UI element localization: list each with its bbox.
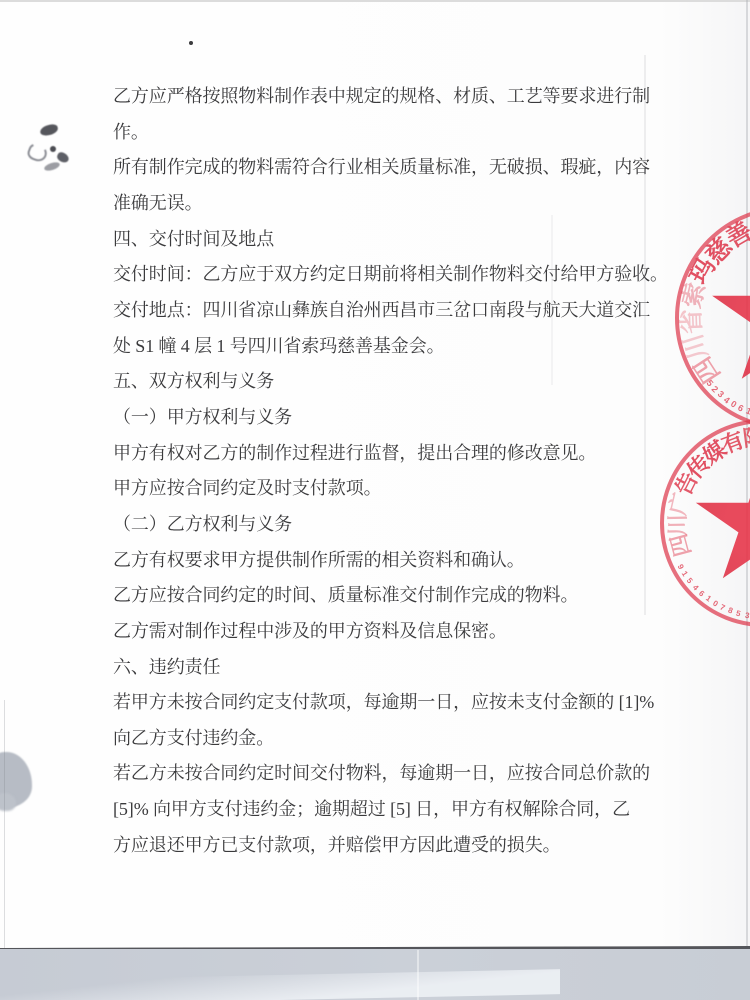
text-line: 甲方有权对乙方的制作过程进行监督，提出合理的修改意见。 xyxy=(113,436,698,472)
text-line: 交付地点：四川省凉山彝族自治州西昌市三岔口南段与航天大道交汇 xyxy=(113,293,698,329)
scan-crease xyxy=(551,215,553,385)
text-line: [5]% 向甲方支付违约金；逾期超过 [5] 日，甲方有权解除合同，乙 xyxy=(113,792,698,828)
left-edge-shadow xyxy=(4,700,5,949)
text-line: 方应退还甲方已支付款项，并赔偿甲方因此遭受的损失。 xyxy=(113,828,698,864)
text-line: 处 S1 幢 4 层 1 号四川省索玛慈善基金会。 xyxy=(113,329,698,365)
scan-crease xyxy=(644,55,646,615)
text-line: 乙方有权要求甲方提供制作所需的相关资料和确认。 xyxy=(113,543,698,579)
seal-ring-char: 省 xyxy=(679,308,705,334)
text-line: 准确无误。 xyxy=(113,186,698,222)
text-line: 交付时间：乙方应于双方约定日期前将相关制作物料交付给甲方验收。 xyxy=(113,257,698,293)
contract-text: 乙方应严格按照物料制作表中规定的规格、材质、工艺等要求进行制作。所有制作完成的物… xyxy=(113,79,698,863)
text-line: 作。 xyxy=(113,115,698,151)
text-line: 乙方应按合同约定的时间、质量标准交付制作完成的物料。 xyxy=(113,578,698,614)
text-line: 五、双方权利与义务 xyxy=(113,364,698,400)
ink-dot xyxy=(189,41,193,45)
seal-serial-digit: 3 xyxy=(744,611,750,620)
text-line: 四、交付时间及地点 xyxy=(113,222,698,258)
text-line: 乙方需对制作过程中涉及的甲方资料及信息保密。 xyxy=(113,614,698,650)
text-line: 乙方应严格按照物料制作表中规定的规格、材质、工艺等要求进行制 xyxy=(113,79,698,115)
text-line: （二）乙方权利与义务 xyxy=(113,507,698,543)
scanner-bed-line xyxy=(417,950,419,1000)
text-line: 若乙方未按合同约定时间交付物料，每逾期一日，应按合同总价款的 xyxy=(113,756,698,792)
text-line: 向乙方支付违约金。 xyxy=(113,721,698,757)
text-line: 甲方应按合同约定及时支付款项。 xyxy=(113,471,698,507)
scan-smudge xyxy=(50,146,56,152)
text-line: 若甲方未按合同约定支付款项，每逾期一日，应按未支付金额的 [1]% xyxy=(113,685,698,721)
text-line: 六、违约责任 xyxy=(113,650,698,686)
scanned-contract-page: 乙方应严格按照物料制作表中规定的规格、材质、工艺等要求进行制作。所有制作完成的物… xyxy=(0,0,750,1000)
text-line: 所有制作完成的物料需符合行业相关质量标准，无破损、瑕疵，内容 xyxy=(113,150,698,186)
text-line: （一）甲方权利与义务 xyxy=(113,400,698,436)
